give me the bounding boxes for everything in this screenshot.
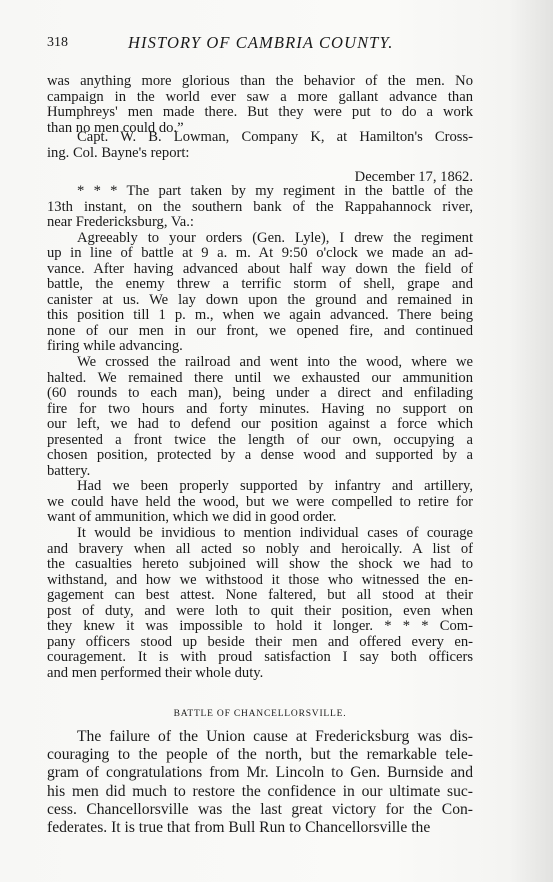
text-line: his men did much to restore the confiden…	[47, 783, 473, 801]
text-line: withstand, and how we withstood it those…	[47, 573, 473, 589]
text-line: fire for two hours and forty minutes. Ha…	[47, 402, 473, 418]
report-paragraph: * * * The part taken by my regiment in t…	[47, 184, 473, 231]
text-line: want of ammunition, which we did in good…	[47, 510, 473, 526]
text-line: couraging to the people of the north, bu…	[47, 746, 473, 764]
page-number: 318	[47, 35, 68, 51]
text-line: our left, we had to defend our position …	[47, 417, 473, 433]
text-line: battery.	[47, 464, 473, 480]
text-line: gagement can best attest. None faltered,…	[47, 588, 473, 604]
section-paragraph: The failure of the Union cause at Freder…	[47, 728, 473, 837]
text-line: this position till 1 p. m., when we agai…	[47, 308, 473, 324]
report-paragraph: Had we been properly supported by infant…	[47, 479, 473, 526]
text-line: was anything more glorious than the beha…	[47, 74, 473, 90]
text-line: vance. After having advanced about half …	[47, 262, 473, 278]
text-line: up in line of battle at 9 a. m. At 9:50 …	[47, 246, 473, 262]
text-line: and bravery when all acted so nobly and …	[47, 542, 473, 558]
text-line: halted. We remained there until we exhau…	[47, 371, 473, 387]
text-line: ing. Col. Bayne's report:	[47, 146, 473, 162]
text-line: we could have held the wood, but we were…	[47, 495, 473, 511]
running-title: HISTORY OF CAMBRIA COUNTY.	[128, 33, 393, 53]
text-line: Agreeably to your orders (Gen. Lyle), I …	[47, 231, 473, 247]
text-line: canister at us. We lay down upon the gro…	[47, 293, 473, 309]
text-line: pany officers stood up beside their men …	[47, 635, 473, 651]
text-line: chosen position, protected by a dense wo…	[47, 448, 473, 464]
opening-paragraph: was anything more glorious than the beha…	[47, 74, 473, 136]
section-heading: BATTLE OF CHANCELLORSVILLE.	[47, 709, 473, 719]
report-body: * * * The part taken by my regiment in t…	[47, 184, 473, 682]
text-line: It would be invidious to mention individ…	[47, 526, 473, 542]
text-line: Capt. W. B. Lowman, Company K, at Hamilt…	[47, 130, 473, 146]
report-paragraph: Agreeably to your orders (Gen. Lyle), I …	[47, 231, 473, 355]
text-line: couragement. It is with proud satisfacti…	[47, 650, 473, 666]
intro-paragraph: Capt. W. B. Lowman, Company K, at Hamilt…	[47, 130, 473, 161]
text-line: presented a front twice the length of ou…	[47, 433, 473, 449]
report-paragraph: We crossed the railroad and went into th…	[47, 355, 473, 479]
text-line: battle, the enemy threw a terrific storm…	[47, 277, 473, 293]
text-line: none of our men in our front, we opened …	[47, 324, 473, 340]
text-line: the casualties hereto subjoined will sho…	[47, 557, 473, 573]
text-line: The failure of the Union cause at Freder…	[47, 728, 473, 746]
text-line: (60 rounds to each man), being under a d…	[47, 386, 473, 402]
text-line: We crossed the railroad and went into th…	[47, 355, 473, 371]
text-line: firing while advancing.	[47, 339, 473, 355]
book-page: 318 HISTORY OF CAMBRIA COUNTY. was anyth…	[47, 33, 473, 55]
text-line: near Fredericksburg, Va.:	[47, 215, 473, 231]
text-line: Humphreys' men made there. But they were…	[47, 105, 473, 121]
text-line: * * * The part taken by my regiment in t…	[47, 184, 473, 200]
text-line: federates. It is true that from Bull Run…	[47, 819, 473, 837]
text-line: cess. Chancellorsville was the last grea…	[47, 801, 473, 819]
text-line: gram of congratulations from Mr. Lincoln…	[47, 764, 473, 782]
text-line: Had we been properly supported by infant…	[47, 479, 473, 495]
text-line: campaign in the world ever saw a more ga…	[47, 90, 473, 106]
page-header: 318 HISTORY OF CAMBRIA COUNTY.	[47, 33, 473, 55]
text-line: and men performed their whole duty.	[47, 666, 473, 682]
report-paragraph: It would be invidious to mention individ…	[47, 526, 473, 681]
text-line: post of duty, and were loth to quit thei…	[47, 604, 473, 620]
text-line: they knew it was impossible to hold it l…	[47, 619, 473, 635]
text-line: 13th instant, on the southern bank of th…	[47, 200, 473, 216]
